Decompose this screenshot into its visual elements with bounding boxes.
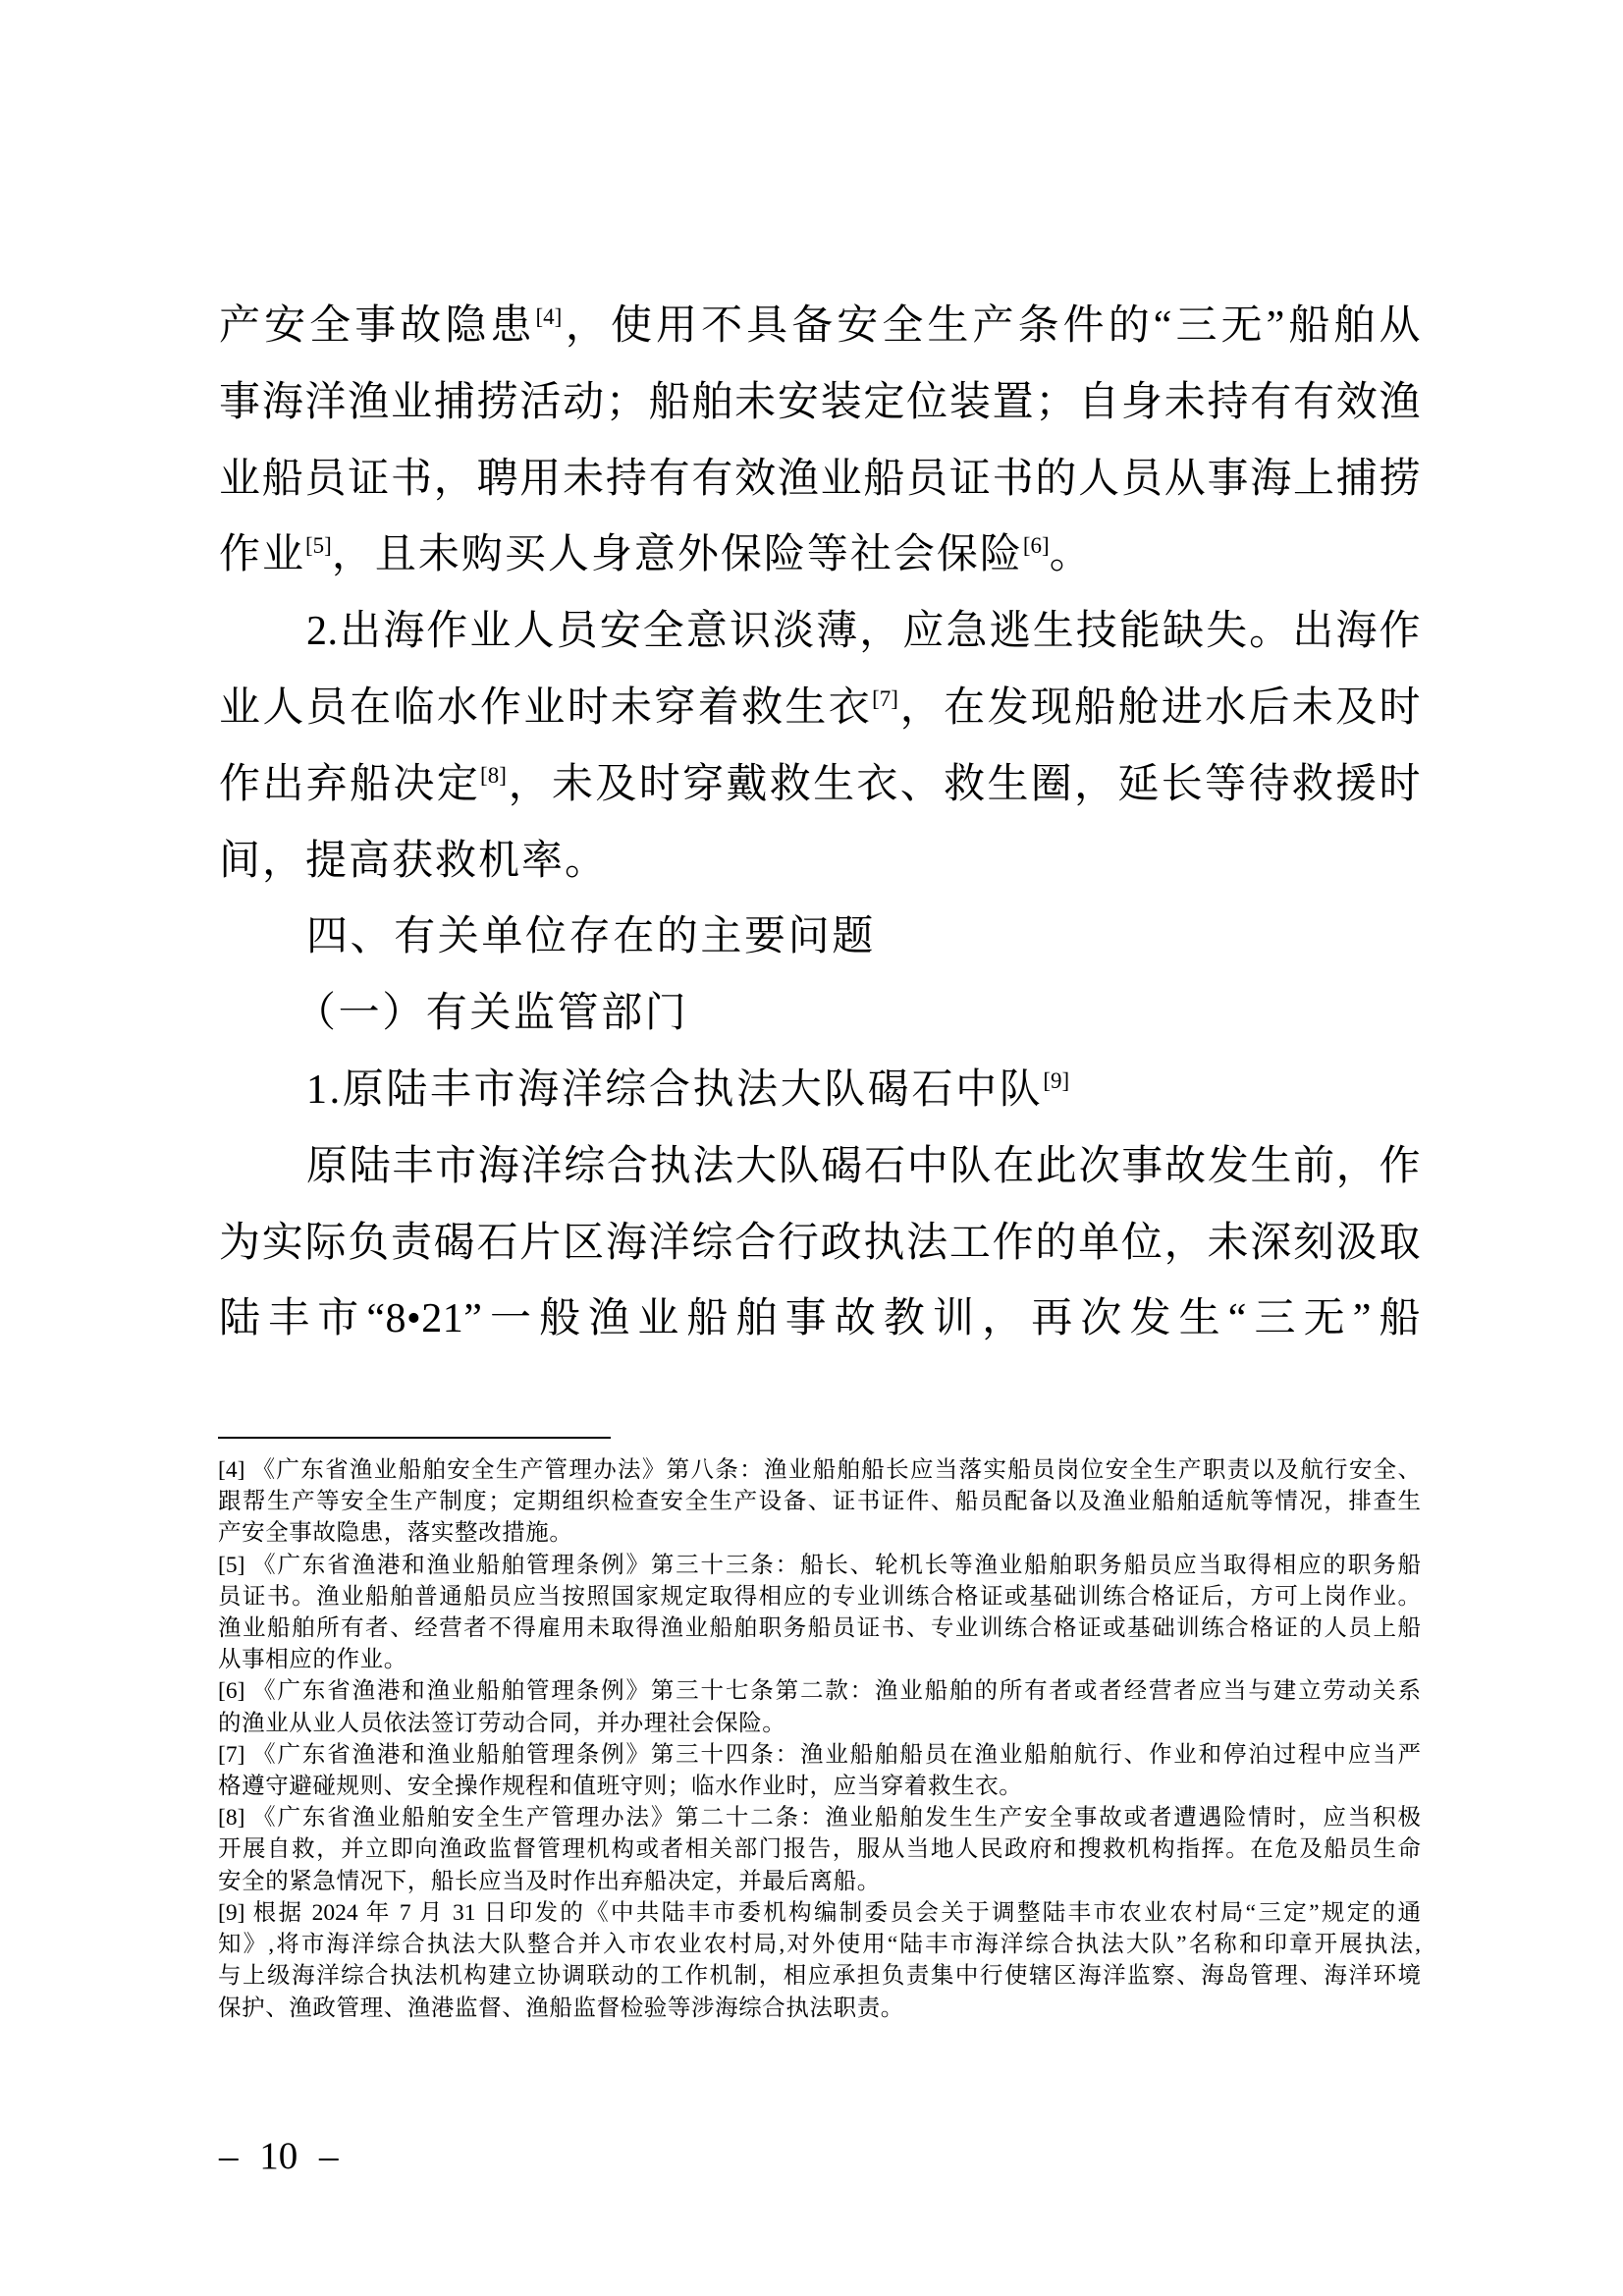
footnote-line: 安全的紧急情况下，船长应当及时作出弃船决定，并最后离船。 (218, 1866, 1421, 1897)
footnote-line: [5] 《广东省渔港和渔业船舶管理条例》第三十三条：船长、轮机长等渔业船舶职务船… (218, 1550, 1421, 1581)
footnote-marker: [8] (218, 1805, 252, 1831)
body-line: 产安全事故隐患[4]，使用不具备安全生产条件的“三无”船舶从 (219, 288, 1421, 364)
footnote-text: 《广东省渔港和渔业船舶管理条例》第三十三条：船长、轮机长等渔业船舶职务船员应当取… (252, 1553, 1421, 1578)
subsection-heading: （一）有关监管部门 (295, 975, 1409, 1052)
body-text: 为实际负责碣石片区海洋综合行政执法工作的单位，未深刻汲取 (219, 1221, 1421, 1266)
body-line: 2.出海作业人员安全意识淡薄，应急逃生技能缺失。出海作 (306, 593, 1421, 670)
footnote-line: [9] 根据 2024 年 7 月 31 日印发的《中共陆丰市委机构编制委员会关… (218, 1897, 1421, 1929)
item-heading-text: 1.原陆丰市海洋综合执法大队碣石中队 (306, 1067, 1043, 1113)
body-text: 产安全事故隐患 (219, 303, 535, 349)
footnote-line: [4] 《广东省渔业船舶安全生产管理办法》第八条：渔业船舶船长应当落实船员岗位安… (218, 1454, 1421, 1486)
body-line: 事海洋渔业捕捞活动；船舶未安装定位装置；自身未持有有效渔 (219, 364, 1421, 441)
footnote-line: 跟帮生产等安全生产制度；定期组织检查安全生产设备、证书证件、船员配备以及渔业船舶… (218, 1486, 1421, 1517)
footnote-ref-7: [7] (872, 686, 898, 711)
body-text: 原陆丰市海洋综合执法大队碣石中队在此次事故发生前，作 (306, 1144, 1421, 1189)
body-line: 作出弃船决定[8]，未及时穿戴救生衣、救生圈，延长等待救援时 (219, 746, 1421, 823)
body-line: 业船员证书，聘用未持有有效渔业船员证书的人员从事海上捕捞 (219, 441, 1421, 518)
body-text: 业船员证书，聘用未持有有效渔业船员证书的人员从事海上捕捞 (219, 457, 1421, 502)
footnote-line: [7] 《广东省渔港和渔业船舶管理条例》第三十四条：渔业船舶船员在渔业船舶航行、… (218, 1739, 1421, 1771)
document-page: 产安全事故隐患[4]，使用不具备安全生产条件的“三无”船舶从 事海洋渔业捕捞活动… (0, 0, 1623, 2296)
footnote-marker: [5] (218, 1553, 252, 1578)
footnote-line: 从事相应的作业。 (218, 1644, 1421, 1675)
body-text: 作业 (219, 532, 305, 577)
footnote-ref-4: [4] (535, 304, 562, 329)
body-line: 陆丰市“8•21”一般渔业船舶事故教训，再次发生“三无”船 (219, 1281, 1421, 1357)
body-text: 作出弃船决定 (219, 762, 480, 807)
footnote-text: 《广东省渔港和渔业船舶管理条例》第三十四条：渔业船舶船员在渔业船舶航行、作业和停… (252, 1742, 1421, 1768)
footnote-ref-8: [8] (480, 763, 507, 788)
body-text: ，未及时穿戴救生衣、救生圈，延长等待救援时 (507, 762, 1421, 807)
body-line: 业人员在临水作业时未穿着救生衣[7]，在发现船舱进水后未及时 (219, 670, 1421, 746)
footnote-line: [8] 《广东省渔业船舶安全生产管理办法》第二十二条：渔业船舶发生生产安全事故或… (218, 1802, 1421, 1833)
footnote-line: 开展自救，并立即向渔政监督管理机构或者相关部门报告，服从当地人民政府和搜救机构指… (218, 1833, 1421, 1865)
footnote-text: 《广东省渔业船舶安全生产管理办法》第二十二条：渔业船舶发生生产安全事故或者遭遇险… (252, 1805, 1421, 1831)
footnote-line: 渔业船舶所有者、经营者不得雇用未取得渔业船舶职务船员证书、专业训练合格证或基础训… (218, 1613, 1421, 1644)
body-text: 间，提高获救机率。 (219, 839, 608, 884)
footnote-line: 产安全事故隐患，落实整改措施。 (218, 1517, 1421, 1549)
body-line: 作业[5]，且未购买人身意外保险等社会保险[6]。 (219, 517, 1421, 593)
page-number: – 10 – (219, 2137, 339, 2175)
footnote-line: 格遵守避碰规则、安全操作规程和值班守则；临水作业时，应当穿着救生衣。 (218, 1771, 1421, 1802)
section-heading: 四、有关单位存在的主要问题 (306, 899, 1421, 975)
footnote-text: 《广东省渔业船舶安全生产管理办法》第八条：渔业船舶船长应当落实船员岗位安全生产职… (252, 1457, 1421, 1483)
body-text: 。 (1050, 532, 1093, 577)
footnote-ref-6: [6] (1023, 533, 1050, 558)
footnote-marker: [9] (218, 1900, 253, 1926)
footnote-line: 知》,将市海洋综合执法大队整合并入市农业农村局,对外使用“陆丰市海洋综合执法大队… (218, 1929, 1421, 1960)
footnote-marker: [6] (218, 1678, 252, 1704)
footnote-separator (218, 1437, 611, 1439)
footnote-line: 员证书。渔业船舶普通船员应当按照国家规定取得相应的专业训练合格证或基础训练合格证… (218, 1581, 1421, 1613)
body-text: 陆丰市“8•21”一般渔业船舶事故教训，再次发生“三无”船 (219, 1296, 1421, 1341)
footnote-marker: [4] (218, 1457, 252, 1483)
body-line: 为实际负责碣石片区海洋综合行政执法工作的单位，未深刻汲取 (219, 1205, 1421, 1282)
body-line: 间，提高获救机率。 (219, 823, 1421, 900)
footnote-line: 保护、渔政管理、渔港监督、渔船监督检验等涉海综合执法职责。 (218, 1993, 1421, 2024)
footnote-line: [6] 《广东省渔港和渔业船舶管理条例》第三十七条第二款：渔业船舶的所有者或者经… (218, 1675, 1421, 1707)
body-text: 2.出海作业人员安全意识淡薄，应急逃生技能缺失。出海作 (306, 609, 1421, 654)
footnote-line: 的渔业从业人员依法签订劳动合同，并办理社会保险。 (218, 1708, 1421, 1739)
body-text: ，在发现船舱进水后未及时 (898, 685, 1421, 731)
body-text: ，使用不具备安全生产条件的“三无”船舶从 (562, 303, 1421, 349)
footnote-ref-9: [9] (1043, 1068, 1069, 1093)
body-line: 原陆丰市海洋综合执法大队碣石中队在此次事故发生前，作 (306, 1128, 1421, 1205)
body-text: 业人员在临水作业时未穿着救生衣 (219, 685, 872, 731)
footnote-text: 《广东省渔港和渔业船舶管理条例》第三十七条第二款：渔业船舶的所有者或者经营者应当… (252, 1678, 1421, 1704)
item-heading: 1.原陆丰市海洋综合执法大队碣石中队[9] (306, 1052, 1421, 1128)
footnote-line: 与上级海洋综合执法机构建立协调联动的工作机制，相应承担负责集中行使辖区海洋监察、… (218, 1960, 1421, 1992)
body-text: 事海洋渔业捕捞活动；船舶未安装定位装置；自身未持有有效渔 (219, 380, 1421, 425)
footnote-ref-5: [5] (305, 533, 332, 558)
footnote-marker: [7] (218, 1742, 252, 1768)
body-text: ，且未购买人身意外保险等社会保险 (332, 532, 1023, 577)
footnote-text: 根据 2024 年 7 月 31 日印发的《中共陆丰市委机构编制委员会关于调整陆… (253, 1900, 1421, 1926)
